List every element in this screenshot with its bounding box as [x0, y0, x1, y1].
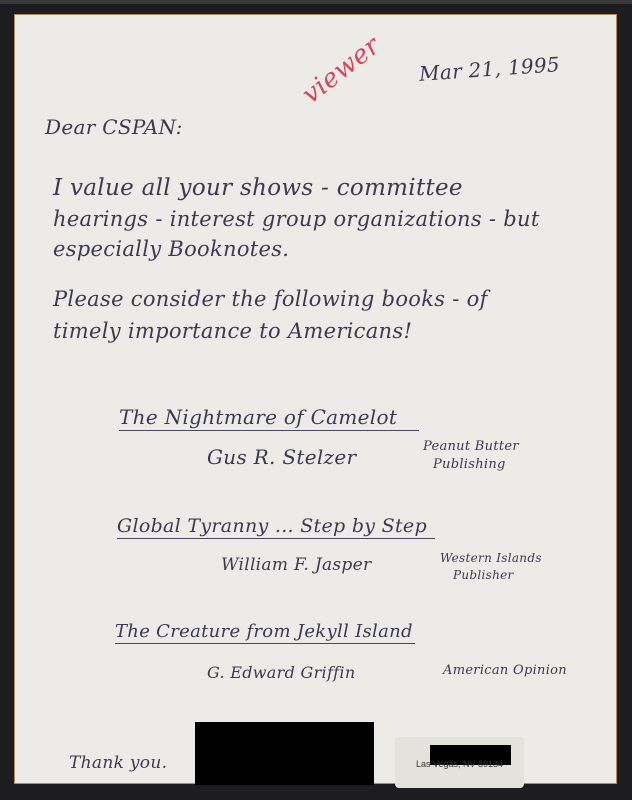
book-title-1: The Nightmare of Camelot [119, 405, 419, 431]
book-author-1: Gus R. Stelzer [207, 445, 356, 469]
letter-date: Mar 21, 1995 [418, 52, 560, 86]
body-line-4: Please consider the following books - of [53, 287, 488, 311]
address-label: Las Vegas, NV 89134 [395, 737, 524, 788]
red-annotation-viewer: viewer [297, 31, 387, 110]
salutation: Dear CSPAN: [45, 115, 183, 139]
book-publisher-3: American Opinion [443, 663, 567, 678]
book-publisher-2b: Publisher [453, 568, 514, 582]
frame-top-edge [0, 0, 632, 4]
book-author-3: G. Edward Griffin [207, 663, 355, 682]
closing: Thank you. [69, 753, 167, 773]
book-title-3: The Creature from Jekyll Island [115, 621, 415, 644]
book-publisher-2a: Western Islands [440, 551, 542, 565]
book-title-2: Global Tyranny ... Step by Step [117, 515, 435, 539]
body-line-3: especially Booknotes. [53, 237, 289, 261]
redaction-signature [195, 722, 374, 785]
body-line-2: hearings - interest group organizations … [53, 207, 540, 231]
body-line-1: I value all your shows - committee [53, 175, 463, 201]
body-line-5: timely importance to Americans! [53, 319, 412, 343]
book-author-2: William F. Jasper [221, 555, 371, 575]
letter-page: viewer Mar 21, 1995 Dear CSPAN: I value … [15, 15, 616, 783]
address-city-state-zip: Las Vegas, NV 89134 [395, 759, 524, 769]
book-publisher-1a: Peanut Butter [423, 439, 519, 454]
book-publisher-1b: Publishing [433, 457, 506, 472]
